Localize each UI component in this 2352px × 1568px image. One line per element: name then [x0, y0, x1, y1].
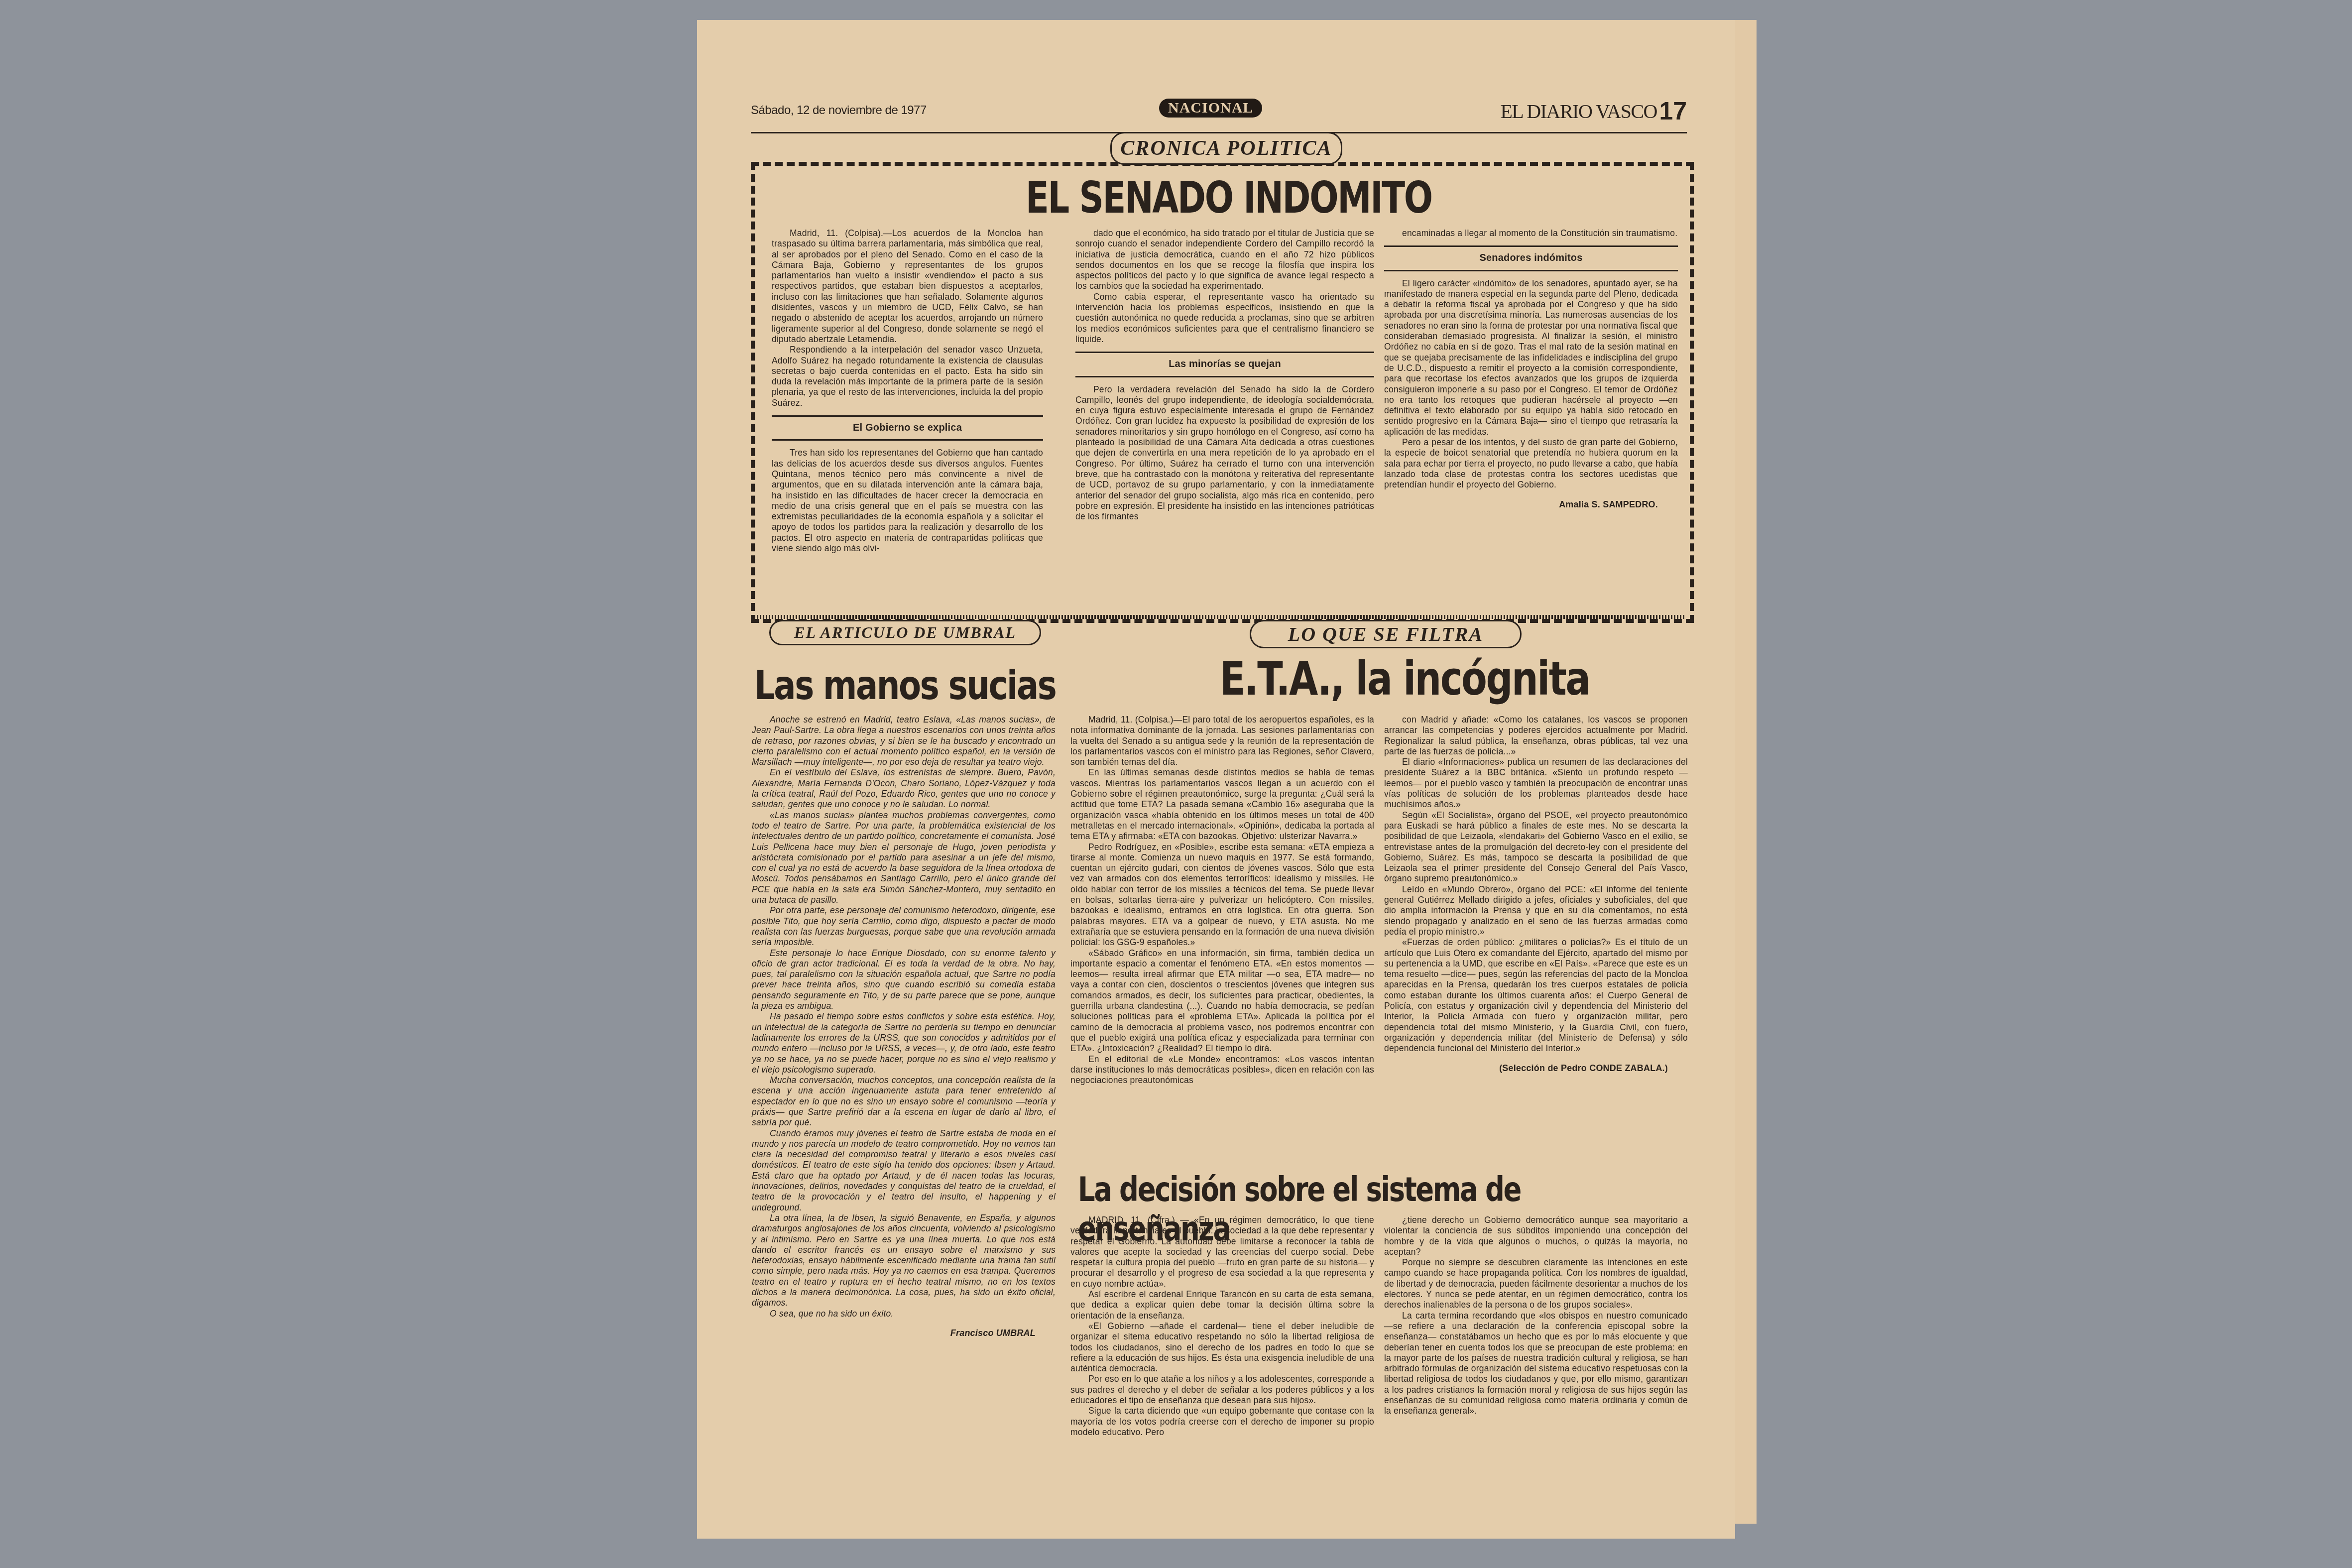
paragraph: Por otra parte, ese personaje del comuni…	[752, 905, 1056, 948]
paragraph: Pedro Rodríguez, en «Posible», escribe e…	[1070, 842, 1374, 948]
page-number: 17	[1659, 97, 1687, 125]
paragraph: MADRID, 11. (Cifra.) — «En un régimen de…	[1070, 1215, 1374, 1289]
paragraph: Pero la verdadera revelación del Senado …	[1075, 384, 1374, 522]
paragraph: Sigue la carta diciendo que «un equipo g…	[1070, 1406, 1374, 1438]
paragraph: con Madrid y añade: «Como los catalanes,…	[1384, 715, 1688, 757]
section-label: NACIONAL	[1159, 99, 1262, 118]
paragraph: El diario «Informaciones» publica un res…	[1384, 757, 1688, 810]
paragraph: Como cabia esperar, el representante vas…	[1075, 292, 1374, 345]
headline-eta: E.T.A., la incógnita	[1220, 652, 1590, 706]
kicker-cronica-politica: CRONICA POLITICA	[1110, 132, 1342, 165]
paragraph: «Fuerzas de orden público: ¿militares o …	[1384, 937, 1688, 1054]
cronica-column-2: dado que el económico, ha sido tratado p…	[1075, 228, 1374, 522]
decision-column-2: ¿tiene derecho un Gobierno democrático a…	[1384, 1215, 1688, 1417]
paragraph: «Sábado Gráfico» en una información, sin…	[1070, 948, 1374, 1054]
paragraph: En el editorial de «Le Monde» encontramo…	[1070, 1054, 1374, 1086]
paragraph: En el vestíbulo del Eslava, los estrenis…	[752, 767, 1056, 810]
umbral-column: Anoche se estrenó en Madrid, teatro Esla…	[752, 715, 1056, 1338]
newspaper-name: EL DIARIO VASCO	[1500, 100, 1657, 123]
paragraph: Pero a pesar de los intentos, y del sust…	[1384, 437, 1678, 490]
subhead-minorias: Las minorías se quejan	[1075, 352, 1374, 377]
paragraph: «Las manos sucias» plantea muchos proble…	[752, 810, 1056, 906]
paragraph: Respondiendo a la interpelación del sena…	[772, 345, 1043, 408]
issue-date: Sábado, 12 de noviembre de 1977	[751, 104, 927, 118]
paragraph: Este personaje lo hace Enrique Diosdado,…	[752, 948, 1056, 1012]
byline-umbral: Francisco UMBRAL	[752, 1328, 1056, 1338]
subhead-gobierno: El Gobierno se explica	[772, 415, 1043, 441]
cronica-column-3: encaminadas a llegar al momento de la Co…	[1384, 228, 1678, 510]
headline-senado: EL SENADO INDOMITO	[1026, 172, 1432, 223]
headline-manos-sucias: Las manos sucias	[754, 662, 1056, 709]
paragraph: Así escribre el cardenal Enrique Tarancó…	[1070, 1289, 1374, 1321]
paragraph: Madrid, 11. (Colpisa.)—El paro total de …	[1070, 715, 1374, 767]
paragraph: Ha pasado el tiempo sobre estos conflict…	[752, 1011, 1056, 1075]
newspaper-page: Sábado, 12 de noviembre de 1977 NACIONAL…	[697, 20, 1735, 1539]
section-divider	[751, 615, 1686, 619]
paragraph: Mucha conversación, muchos conceptos, un…	[752, 1075, 1056, 1128]
paragraph: Tres han sido los representanes del Gobi…	[772, 448, 1043, 554]
paragraph: ¿tiene derecho un Gobierno democrático a…	[1384, 1215, 1688, 1257]
masthead: Sábado, 12 de noviembre de 1977 NACIONAL…	[751, 85, 1687, 129]
cronica-column-1: Madrid, 11. (Colpisa).—Los acuerdos de l…	[772, 228, 1043, 554]
paragraph: encaminadas a llegar al momento de la Co…	[1384, 228, 1678, 239]
paragraph: O sea, que no ha sido un éxito.	[752, 1309, 1056, 1319]
paragraph: Según «El Socialista», órgano del PSOE, …	[1384, 810, 1688, 884]
paragraph: dado que el económico, ha sido tratado p…	[1075, 228, 1374, 292]
paragraph: Porque no siempre se descubren clarament…	[1384, 1257, 1688, 1310]
paragraph: «El Gobierno —añade el cardenal— tiene e…	[1070, 1321, 1374, 1374]
paragraph: La otra línea, la de Ibsen, la siguió Be…	[752, 1213, 1056, 1309]
filtra-column-1: Madrid, 11. (Colpisa.)—El paro total de …	[1070, 715, 1374, 1086]
paragraph: Leído en «Mundo Obrero», órgano del PCE:…	[1384, 884, 1688, 937]
kicker-umbral: EL ARTICULO DE UMBRAL	[769, 620, 1041, 645]
subhead-senadores: Senadores indómitos	[1384, 245, 1678, 271]
filtra-column-2: con Madrid y añade: «Como los catalanes,…	[1384, 715, 1688, 1074]
paragraph: La carta termina recordando que «los obi…	[1384, 1311, 1688, 1417]
paragraph: El ligero carácter «indómito» de los sen…	[1384, 278, 1678, 437]
paragraph: Cuando éramos muy jóvenes el teatro de S…	[752, 1128, 1056, 1213]
paragraph: En las últimas semanas desde distintos m…	[1070, 767, 1374, 842]
paragraph: Por eso en lo que atañe a los niños y a …	[1070, 1374, 1374, 1406]
byline-conde-zabala: (Selección de Pedro CONDE ZABALA.)	[1384, 1063, 1688, 1074]
byline-sampedro: Amalia S. SAMPEDRO.	[1384, 499, 1678, 510]
decision-column-1: MADRID, 11. (Cifra.) — «En un régimen de…	[1070, 1215, 1374, 1438]
paragraph: Anoche se estrenó en Madrid, teatro Esla…	[752, 715, 1056, 767]
kicker-lo-que-se-filtra: LO QUE SE FILTRA	[1250, 620, 1522, 648]
paragraph: Madrid, 11. (Colpisa).—Los acuerdos de l…	[772, 228, 1043, 345]
